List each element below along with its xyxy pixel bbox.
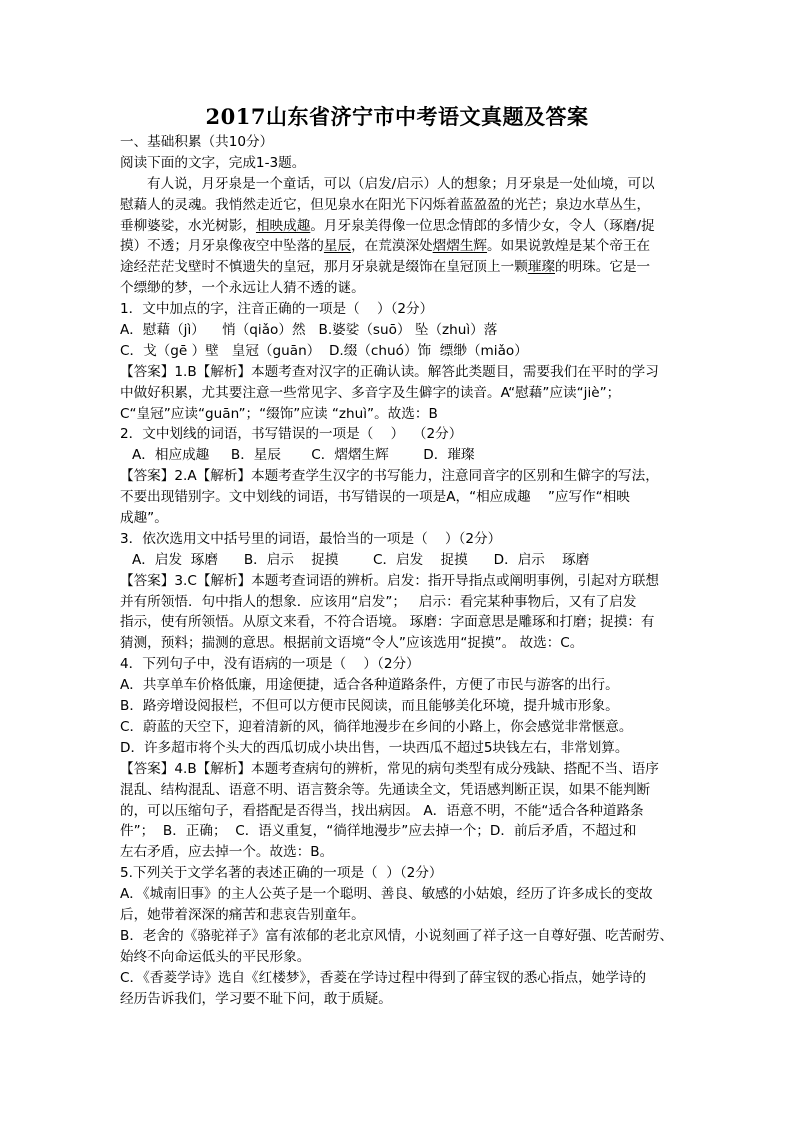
question-option: A．共享单车价格低廉，用途便捷，适合各种道路条件，方便了市民与游客的出行。	[120, 675, 680, 696]
document-body: 一、基础积累（共10分） 阅读下面的文字，完成1-3题。 有人说，月牙泉是一个童…	[120, 132, 680, 1009]
answer-line: 并有所领悟．句中指人的想象．应该用“启发”； 启示：看完某种事物后，又有了启发	[120, 592, 680, 613]
passage-line: 有人说，月牙泉是一个童话，可以（启发/启示）人的想象；月牙泉是一处仙境，可以	[120, 174, 680, 195]
question-stem: 1．文中加点的字，注音正确的一项是（ ）（2分）	[120, 299, 680, 320]
answer-line: 指示，使有所领悟。从原文来看，不符合语境。 琢磨：字面意思是雕琢和打磨；捉摸：有	[120, 612, 680, 633]
passage-line: 个缥缈的梦，一个永远让人猜不透的谜。	[120, 278, 680, 299]
reading-instruction: 阅读下面的文字，完成1-3题。	[120, 153, 680, 174]
answer-line: 中做好积累，尤其要注意一些常见字、多音字及生僻字的读音。A“慰藉”应读“jiè”…	[120, 383, 680, 404]
answer-line: 的，可以压缩句子，看搭配是否得当，找出病因。 A．语意不明，不能“适合各种道路条	[120, 801, 680, 822]
underlined-word: 相映成趣	[256, 218, 310, 234]
question-option: C．蔚蓝的天空下，迎着清新的风，徜徉地漫步在乡间的小路上，你会感觉非常惬意。	[120, 717, 680, 738]
question-option: A．《城南旧事》的主人公英子是一个聪明、善良、敏感的小姑娘，经历了许多成长的变故	[120, 884, 680, 905]
answer-line: 不要出现错别字。文中划线的词语，书写错误的一项是A，“相应成趣 ”应写作“相映	[120, 487, 680, 508]
question-option: B．路旁增设阅报栏，不但可以方便市民阅读，而且能够美化环境，提升城市形象。	[120, 696, 680, 717]
question-option: 后，她带着深深的痛苦和悲哀告别童年。	[120, 905, 680, 926]
question-stem: 5.下列关于文学名著的表述正确的一项是（ ）（2分）	[120, 863, 680, 884]
passage-text: 的明珠。它是一	[555, 259, 650, 275]
passage-line: 慰藉人的灵魂。我悄然走近它，但见泉水在阳光下闪烁着蓝盈盈的光芒；泉边水草丛生，	[120, 195, 680, 216]
answer-line: 猜测，预料；揣测的意思。根据前文语境“令人”应该选用“捉摸”。 故选：C。	[120, 633, 680, 654]
question-stem: 3．依次选用文中括号里的词语，最恰当的一项是（ ）（2分）	[120, 529, 680, 550]
passage-text: 。月牙泉美得像一位思念情郎的多情少女，令人（琢磨/捉	[310, 218, 654, 234]
passage-text: 垂柳婆娑，水光树影，	[120, 218, 256, 234]
passage-text: 途经茫茫戈壁时不慎遗失的皇冠，那月牙泉就是缀饰在皇冠顶上一颗	[120, 259, 528, 275]
passage-line: 摸）不透；月牙泉像夜空中坠落的星辰，在荒漠深处熠熠生辉。如果说敦煌是某个帝王在	[120, 236, 680, 257]
underlined-word: 星辰	[324, 238, 351, 254]
question-stem: 4．下列句子中，没有语病的一项是（ ）（2分）	[120, 654, 680, 675]
passage-text: 。如果说敦煌是某个帝王在	[487, 238, 650, 254]
question-option: D．许多超市将个头大的西瓜切成小块出售，一块西瓜不超过5块钱左右，非常划算。	[120, 738, 680, 759]
section-heading: 一、基础积累（共10分）	[120, 132, 680, 153]
question-option: A．相应成趣 B．星辰 C．熠熠生辉 D．璀璨	[120, 445, 680, 466]
question-option: 始终不向命运低头的平民形象。	[120, 947, 680, 968]
question-option: A．启发 琢磨 B．启示 捉摸 C．启发 捉摸 D．启示 琢磨	[120, 550, 680, 571]
answer-line: 左右矛盾，应去掉一个。故选：B。	[120, 842, 680, 863]
passage-line: 垂柳婆娑，水光树影，相映成趣。月牙泉美得像一位思念情郎的多情少女，令人（琢磨/捉	[120, 216, 680, 237]
answer-line: C“皇冠”应读“guān”；“缀饰”应读 “zhuì”。故选：B	[120, 404, 680, 425]
underlined-word: 璀璨	[528, 259, 555, 275]
question-option: A．慰藉（jì） 悄（qiǎo）然 B.婆娑（suō） 坠（zhuì）落	[120, 320, 680, 341]
question-option: B．老舍的《骆驼祥子》富有浓郁的老北京风情，小说刻画了祥子这一自尊好强、吃苦耐劳…	[120, 926, 680, 947]
answer-line: 【答案】1.B【解析】本题考查对汉字的正确认读。解答此类题目，需要我们在平时的学…	[120, 362, 680, 383]
underlined-word: 熠熠生辉	[433, 238, 487, 254]
passage-text: ，在荒漠深处	[351, 238, 433, 254]
question-option: C．《香菱学诗》选自《红楼梦》，香菱在学诗过程中得到了薛宝钗的悉心指点，她学诗的	[120, 968, 680, 989]
document-title: 2017山东省济宁市中考语文真题及答案	[0, 104, 794, 130]
passage-line: 途经茫茫戈壁时不慎遗失的皇冠，那月牙泉就是缀饰在皇冠顶上一颗璀璨的明珠。它是一	[120, 257, 680, 278]
answer-line: 【答案】4.B【解析】本题考查病句的辨析，常见的病句类型有成分残缺、搭配不当、语…	[120, 759, 680, 780]
document-page: 2017山东省济宁市中考语文真题及答案 一、基础积累（共10分） 阅读下面的文字…	[0, 0, 794, 1123]
answer-line: 【答案】3.C【解析】本题考查词语的辨析。启发：指开导指点或阐明事例，引起对方联…	[120, 571, 680, 592]
answer-line: 成趣”。	[120, 508, 680, 529]
answer-line: 混乱、结构混乱、语意不明、语言赘余等。先通读全文，凭语感判断正误，如果不能判断	[120, 780, 680, 801]
question-option: C．戈（gē ）壁 皇冠（guān） D.缀（chuó）饰 缥缈（miǎo）	[120, 341, 680, 362]
question-stem: 2．文中划线的词语，书写错误的一项是（ ） （2分）	[120, 424, 680, 445]
passage-text: 摸）不透；月牙泉像夜空中坠落的	[120, 238, 324, 254]
question-option: 经历告诉我们，学习要不耻下问，敢于质疑。	[120, 989, 680, 1010]
answer-line: 件”； B．正确； C．语义重复，“徜徉地漫步”应去掉一个；D．前后矛盾，不超过…	[120, 821, 680, 842]
answer-line: 【答案】2.A【解析】本题考查学生汉字的书写能力，注意同音字的区别和生僻字的写法…	[120, 466, 680, 487]
